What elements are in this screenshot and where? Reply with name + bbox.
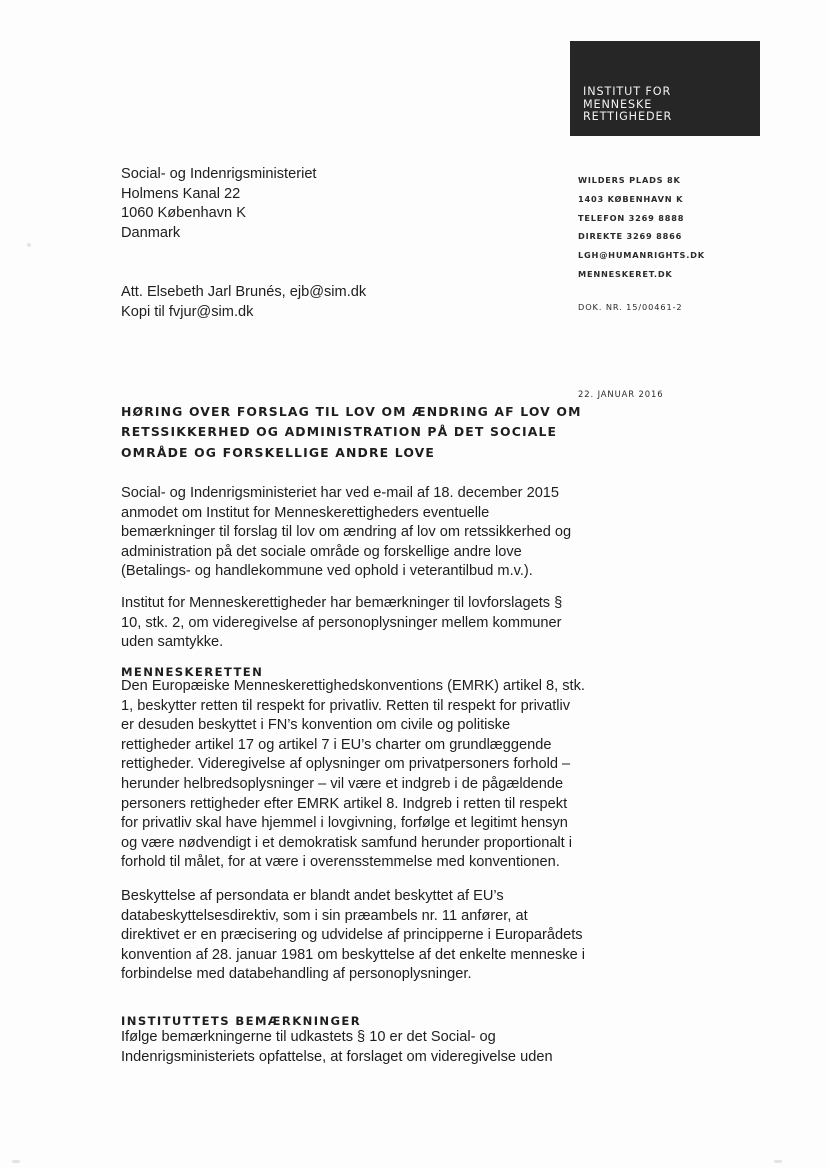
recipient-line: Holmens Kanal 22 [121,185,316,205]
text-line: forbindelse med databehandling af person… [121,965,581,985]
sender-contact: WILDERS PLADS 8K 1403 KØBENHAVN K TELEFO… [578,171,705,284]
institute-logo: INSTITUT FOR MENNESKE RETTIGHEDER [570,41,760,136]
text-line: og være nødvendigt i et demokratisk samf… [121,834,581,854]
text-line: Ifølge bemærkningerne til udkastets § 10… [121,1028,581,1048]
sender-city: 1403 KØBENHAVN K [578,190,705,209]
text-line: databeskyttelsesdirektiv, som i sin præa… [121,907,581,927]
logo-text: INSTITUT FOR MENNESKE RETTIGHEDER [583,86,672,124]
text-line: for privatliv skal have hjemmel i lovgiv… [121,814,581,834]
letter-date: 22. JANUAR 2016 [578,389,663,399]
remarks-paragraph: Institut for Menneskerettigheder har bem… [121,594,581,653]
text-line: Beskyttelse af persondata er blandt ande… [121,887,581,907]
text-line: administration på det sociale område og … [121,543,581,563]
recipient-address: Social- og Indenrigsministeriet Holmens … [121,165,316,243]
scan-artifact [27,243,31,247]
intro-paragraph: Social- og Indenrigsministeriet har ved … [121,484,581,582]
attention-block: Att. Elsebeth Jarl Brunés, ejb@sim.dk Ko… [121,283,366,322]
attention-line: Att. Elsebeth Jarl Brunés, ejb@sim.dk [121,283,366,303]
text-line: bemærkninger til forslag til lov om ændr… [121,523,581,543]
text-line: konvention af 28. januar 1981 om beskytt… [121,946,581,966]
text-line: (Betalings- og handlekommune ved ophold … [121,562,581,582]
recipient-line: Danmark [121,224,316,244]
text-line: direktivet er en præcisering og udvidels… [121,926,581,946]
sender-street: WILDERS PLADS 8K [578,171,705,190]
text-line: herunder helbredsoplysninger – vil være … [121,775,581,795]
logo-line: RETTIGHEDER [583,111,672,124]
text-line: personers rettigheder efter EMRK artikel… [121,795,581,815]
scan-artifact [774,1160,782,1163]
text-line: er desuden beskyttet i FN’s konvention o… [121,716,581,736]
text-line: 10, stk. 2, om videregivelse af personop… [121,614,581,634]
logo-line: INSTITUT FOR [583,86,672,99]
data-protection-paragraph: Beskyttelse af persondata er blandt ande… [121,887,581,985]
document-number: DOK. NR. 15/00461-2 [578,302,683,312]
text-line: forhold til målet, for at være i overens… [121,853,581,873]
title-line: HØRING OVER FORSLAG TIL LOV OM ÆNDRING A… [121,402,582,422]
text-line: Institut for Menneskerettigheder har bem… [121,594,581,614]
sender-email: LGH@HUMANRIGHTS.DK [578,246,705,265]
recipient-line: Social- og Indenrigsministeriet [121,165,316,185]
text-line: 1, beskytter retten til respekt for priv… [121,697,581,717]
sender-phone: TELEFON 3269 8888 [578,209,705,228]
text-line: Social- og Indenrigsministeriet har ved … [121,484,581,504]
sender-direct-phone: DIREKTE 3269 8866 [578,227,705,246]
letter-title: HØRING OVER FORSLAG TIL LOV OM ÆNDRING A… [121,402,582,463]
text-line: anmodet om Institut for Menneskerettighe… [121,504,581,524]
sender-website: MENNESKERET.DK [578,265,705,284]
recipient-line: 1060 København K [121,204,316,224]
title-line: RETSSIKKERHED OG ADMINISTRATION PÅ DET S… [121,422,582,442]
title-line: OMRÅDE OG FORSKELLIGE ANDRE LOVE [121,443,582,463]
text-line: rettigheder. Videregivelse af oplysninge… [121,755,581,775]
text-line: rettigheder artikel 17 og artikel 7 i EU… [121,736,581,756]
institute-remarks-paragraph: Ifølge bemærkningerne til udkastets § 10… [121,1028,581,1067]
section-heading-institute-remarks: INSTITUTTETS BEMÆRKNINGER [121,1014,361,1028]
text-line: Den Europæiske Menneskerettighedskonvent… [121,677,581,697]
copy-line: Kopi til fvjur@sim.dk [121,303,366,323]
text-line: uden samtykke. [121,633,581,653]
text-line: Indenrigsministeriets opfattelse, at for… [121,1048,581,1068]
human-rights-paragraph: Den Europæiske Menneskerettighedskonvent… [121,677,581,873]
scan-artifact [12,1160,20,1163]
